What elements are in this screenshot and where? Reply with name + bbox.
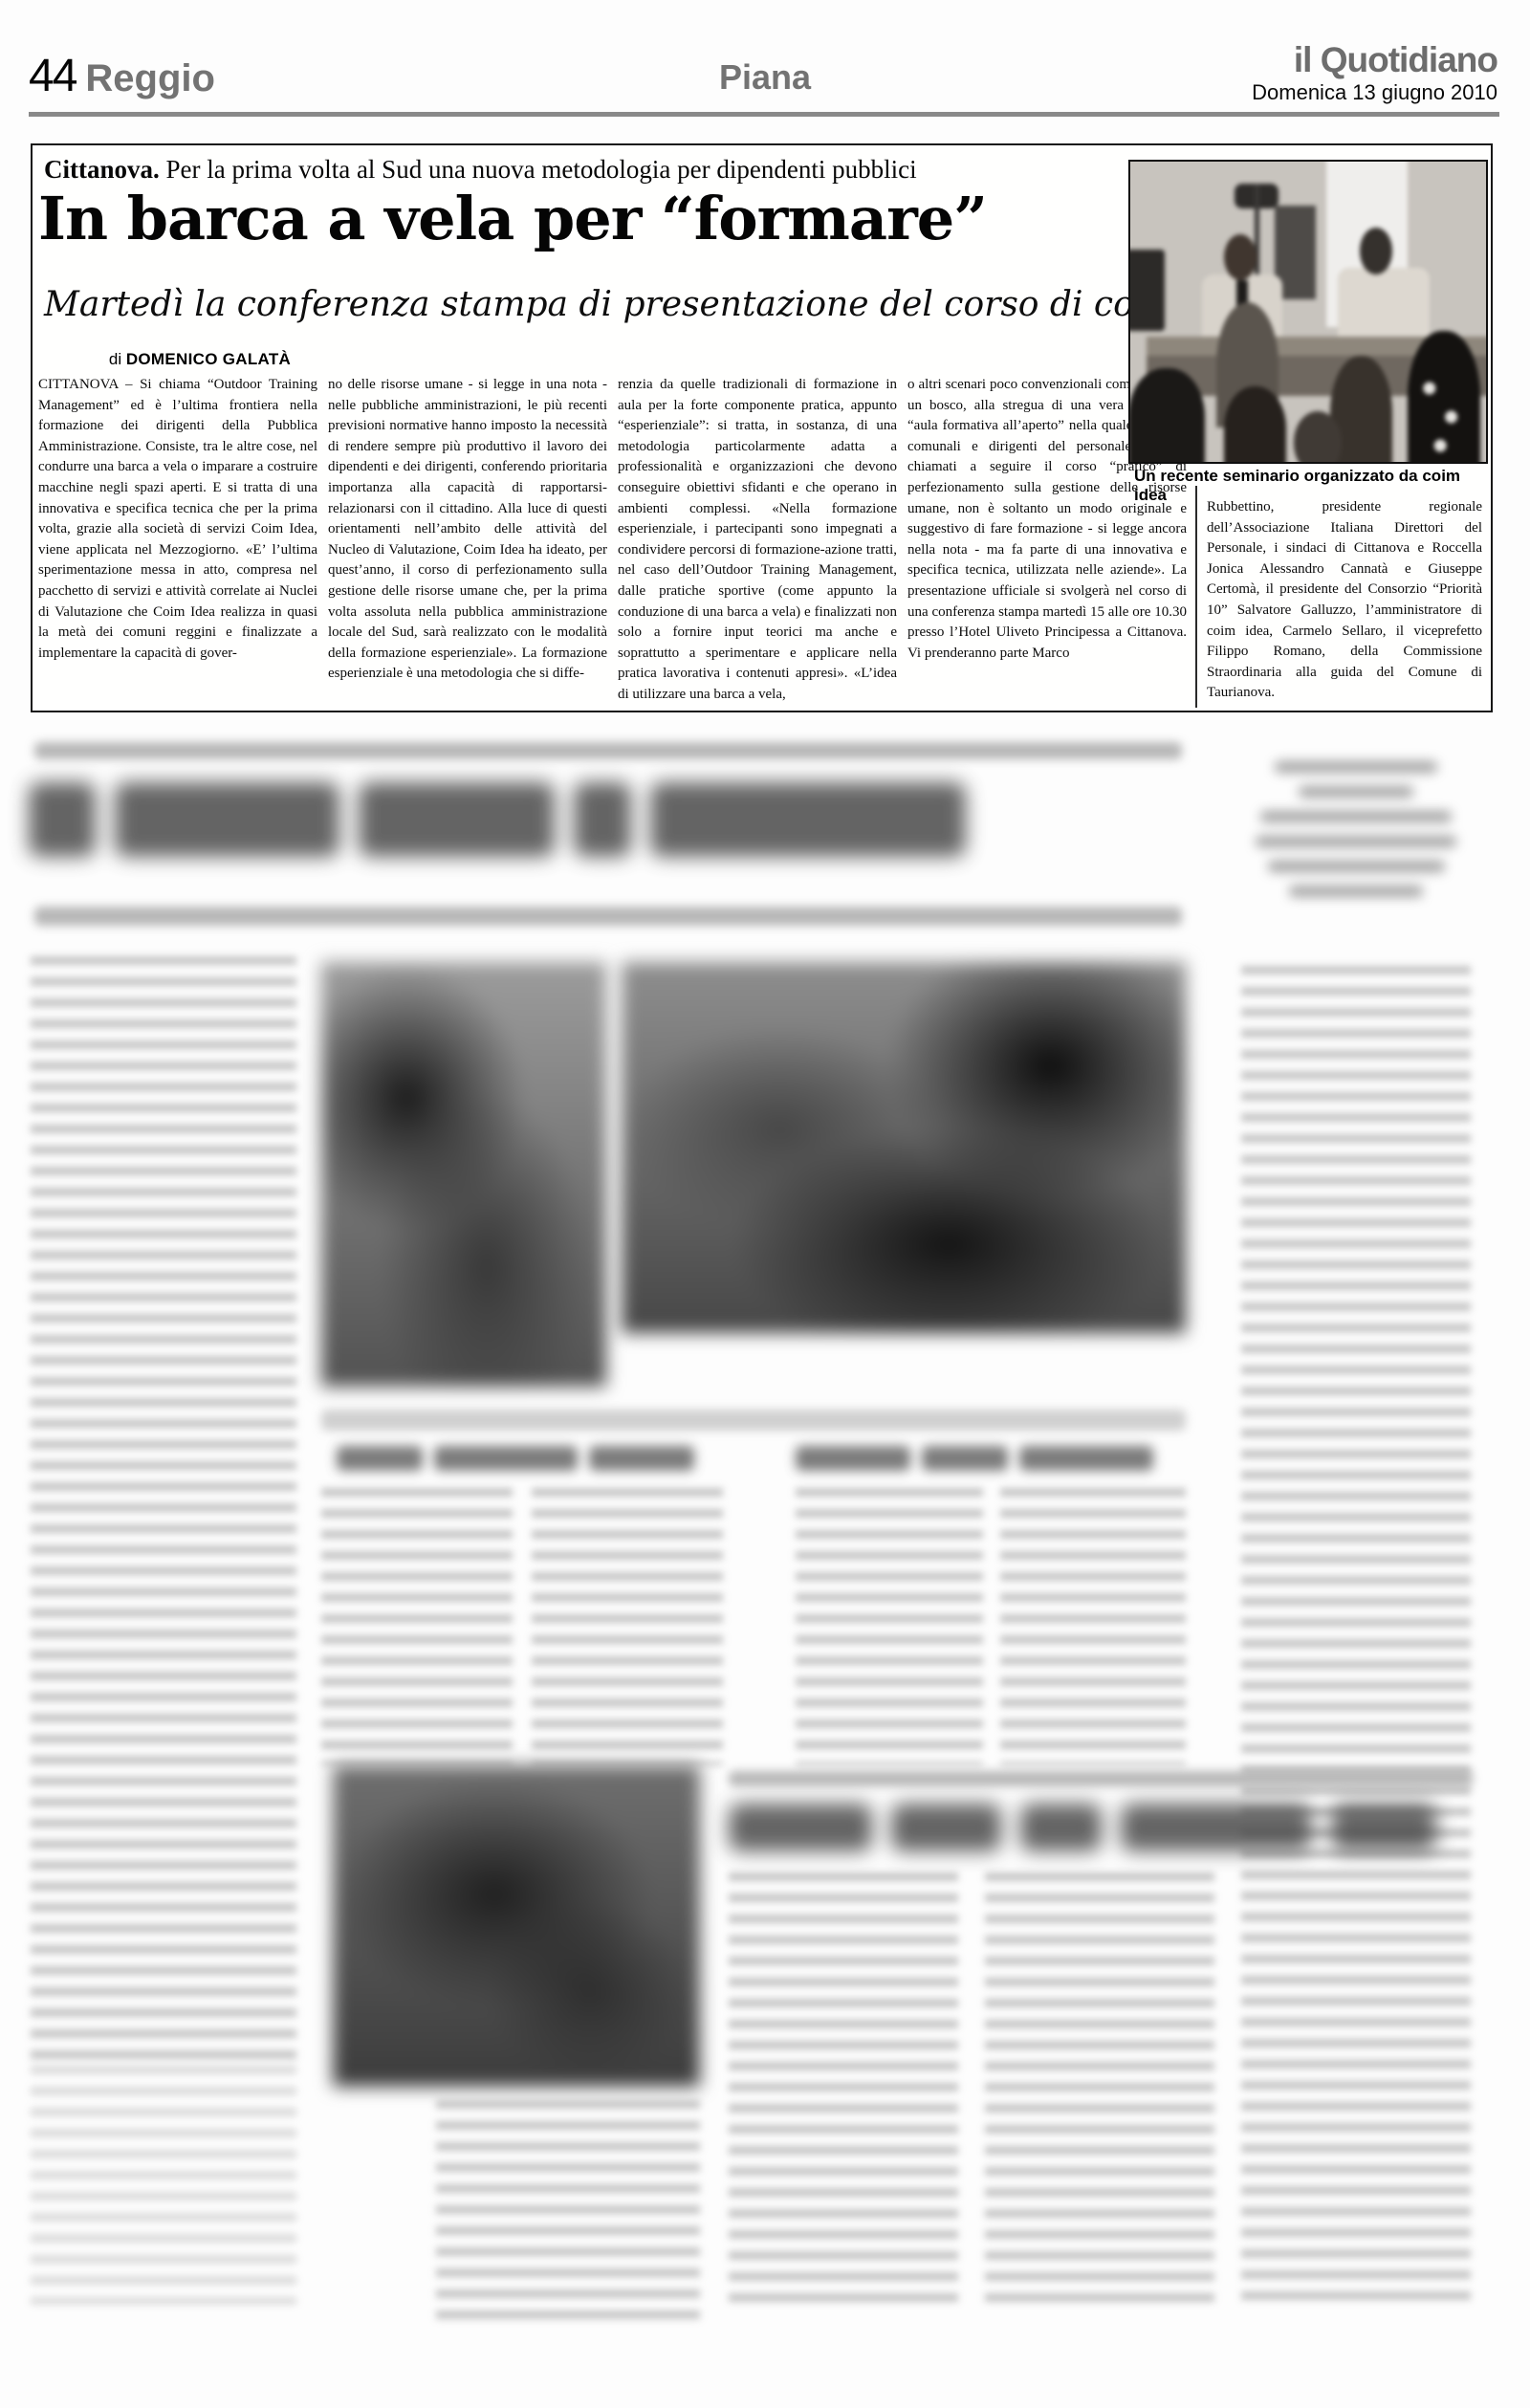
byline-prefix: di xyxy=(109,350,126,368)
body-column-3: renzia da quelle tradizionali di formazi… xyxy=(618,375,897,708)
issue-date: Domenica 13 giugno 2010 xyxy=(1252,80,1497,105)
seminar-photo xyxy=(1128,160,1488,464)
masthead-logo: il Quotidiano xyxy=(1252,40,1497,80)
blurred-photo xyxy=(321,962,606,1387)
photo-caption: Un recente seminario organizzato da coim… xyxy=(1134,467,1496,505)
body-column-1: CITTANOVA – Si chiama “Outdoor Training … xyxy=(38,375,317,708)
article-byline: di DOMENICO GALATÀ xyxy=(71,350,329,369)
article-kicker: Cittanova. Per la prima volta al Sud una… xyxy=(44,155,917,185)
page-header-right: il Quotidiano Domenica 13 giugno 2010 xyxy=(1252,40,1497,105)
blurred-text-column xyxy=(1000,1488,1186,1765)
blurred-text-column xyxy=(1241,966,1471,2305)
blurred-subhead-line xyxy=(34,907,1182,926)
blurred-subarticle-title xyxy=(337,1446,738,1471)
blurred-text-column xyxy=(31,956,296,2066)
blurred-headline xyxy=(29,782,1191,857)
main-article-box: Cittanova. Per la prima volta al Sud una… xyxy=(31,143,1493,712)
blurred-kicker-line xyxy=(34,742,1182,759)
blurred-headline xyxy=(729,1804,1473,1851)
blurred-photo xyxy=(622,962,1186,1333)
column-divider-rule xyxy=(1195,486,1197,708)
blurred-caption-bar xyxy=(321,1410,1186,1431)
seminar-photo-scene xyxy=(1128,160,1488,464)
blurred-text-column xyxy=(31,2066,296,2305)
article-subhead: Martedì la conferenza stampa di presenta… xyxy=(44,285,1262,324)
kicker-location: Cittanova. xyxy=(44,155,160,184)
body-column-5: Rubbettino, presidente regionale dell’As… xyxy=(1207,497,1482,708)
kicker-text: Per la prima volta al Sud una nuova meto… xyxy=(160,155,917,184)
blurred-photo xyxy=(333,1765,700,2087)
article-headline: In barca a vela per “formare” xyxy=(38,184,1128,253)
blurred-subarticle-title xyxy=(796,1446,1197,1471)
blurred-deck-block xyxy=(1241,748,1471,953)
blurred-text-column xyxy=(532,1488,723,1765)
newspaper-page: 44Reggio Piana il Quotidiano Domenica 13… xyxy=(0,0,1530,2408)
blurred-kicker-line xyxy=(729,1771,1473,1786)
blurred-text-column xyxy=(985,1872,1214,2312)
blurred-text-column xyxy=(796,1488,983,1765)
blurred-text-column xyxy=(436,2100,700,2320)
body-column-2: no delle risorse umane - si legge in una… xyxy=(328,375,607,708)
blurred-text-column xyxy=(729,1872,958,2312)
byline-author: DOMENICO GALATÀ xyxy=(126,350,291,368)
blurred-text-column xyxy=(321,1488,513,1765)
header-rule xyxy=(29,112,1499,117)
